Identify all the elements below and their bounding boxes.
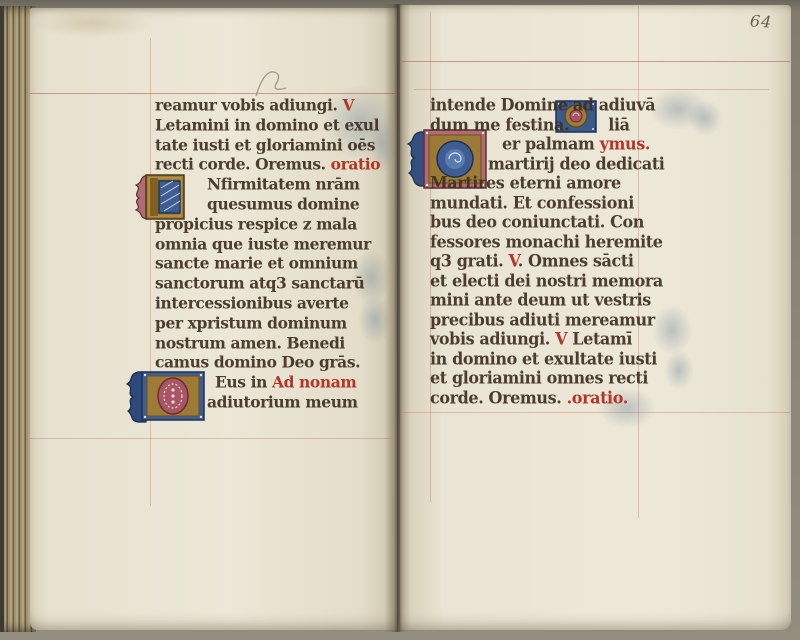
folio-number: 64 xyxy=(749,11,773,32)
body-text: Martires eterni amore xyxy=(430,173,621,193)
text-line: Nfirmitatem nrām xyxy=(155,174,360,195)
text-line: nostrum amen. Benedi xyxy=(155,333,345,354)
text-line: sancte marie et omnium xyxy=(155,253,358,274)
body-text: tate iusti et gloriamini oēs xyxy=(155,135,375,155)
body-text: Eus in xyxy=(215,372,272,392)
rubric-text: V xyxy=(343,95,355,115)
body-text: et gloriamini omnes recti xyxy=(430,368,648,388)
body-text: precibus adiuti mereamur xyxy=(430,310,655,330)
text-line: precibus adiuti mereamur xyxy=(430,310,655,331)
ruling-line-horizontal xyxy=(414,89,769,90)
text-line: mini ante deum ut vestris xyxy=(430,290,651,311)
body-text: corde. Oremus. xyxy=(430,388,567,408)
parchment-discoloration xyxy=(32,8,152,38)
body-text: recti corde. Oremus. xyxy=(155,154,331,174)
body-text: Nfirmitatem nrām xyxy=(207,174,360,194)
text-line: camus domino Deo grās. xyxy=(155,352,360,373)
text-line: fessores monachi heremite xyxy=(430,232,663,253)
body-text: . Omnes sācti xyxy=(518,251,634,271)
body-text: martirij deo dedicati xyxy=(488,154,664,174)
text-line: Letamini in domino et exul xyxy=(155,115,379,136)
rubric-text: ymus. xyxy=(600,134,650,154)
text-line: mundati. Et confessioni xyxy=(430,193,634,214)
rubric-text: V xyxy=(509,251,518,271)
body-text: propicius respice z mala xyxy=(155,214,357,234)
body-text: dum me festina. xyxy=(430,115,574,135)
text-line: sanctorum atq3 sanctarū xyxy=(155,273,364,294)
body-text: quesumus domine xyxy=(207,194,359,214)
ink-offset-stain xyxy=(688,100,722,136)
rubric-text: Ad nonam xyxy=(272,372,356,392)
body-text: sancte marie et omnium xyxy=(155,253,358,273)
text-line: er palmam ymus. xyxy=(430,134,650,155)
body-text: intercessionibus averte xyxy=(155,293,349,313)
text-line: recti corde. Oremus. oratio xyxy=(155,154,380,175)
text-line: et gloriamini omnes recti xyxy=(430,368,648,389)
text-line: dum me festina. liā xyxy=(430,115,630,136)
body-text: sanctorum atq3 sanctarū xyxy=(155,273,364,293)
body-text: Letamī xyxy=(567,329,632,349)
body-text: intende Domine ad adiuvā xyxy=(430,95,655,115)
text-line: intercessionibus averte xyxy=(155,293,349,314)
body-text: mundati. Et confessioni xyxy=(430,193,634,213)
text-line: Martires eterni amore xyxy=(430,173,621,194)
text-line: per xpristum dominum xyxy=(155,313,347,334)
body-text: camus domino Deo grās. xyxy=(155,352,360,372)
manuscript-photo: reamur vobis adiungi. VLetamini in domin… xyxy=(0,0,800,640)
body-text: mini ante deum ut vestris xyxy=(430,290,651,310)
body-text: liā xyxy=(608,115,629,135)
rubric-text: .oratio. xyxy=(567,388,628,408)
body-text: omnia que iuste meremur xyxy=(155,234,371,254)
body-text: q3 grati. xyxy=(430,251,509,271)
body-text: Letamini in domino et exul xyxy=(155,115,379,135)
body-text: bus deo coniunctati. Con xyxy=(430,212,644,232)
rubric-text: oratio xyxy=(331,154,381,174)
textblock-right: intende Domine ad adiuvādum me festina. … xyxy=(430,95,680,415)
text-line: in domino et exultate iusti xyxy=(430,349,657,370)
text-line: quesumus domine xyxy=(155,194,359,215)
body-text: vobis adiungi. xyxy=(430,329,555,349)
text-line: propicius respice z mala xyxy=(155,214,357,235)
text-line: corde. Oremus. .oratio. xyxy=(430,388,628,409)
text-line: Eus in Ad nonam xyxy=(155,372,356,393)
text-line: q3 grati. V. Omnes sācti xyxy=(430,251,634,272)
pencil-mark xyxy=(246,62,302,102)
text-line: adiutorium meum xyxy=(155,392,358,413)
body-text: per xpristum dominum xyxy=(155,313,347,333)
body-text: in domino et exultate iusti xyxy=(430,349,657,369)
body-text: et electi dei nostri memora xyxy=(430,271,663,291)
rubric-text: V xyxy=(555,329,567,349)
text-line: omnia que iuste meremur xyxy=(155,234,371,255)
ruling-line-vertical xyxy=(150,38,151,506)
body-text: fessores monachi heremite xyxy=(430,232,663,252)
ruling-line-horizontal xyxy=(402,61,790,62)
body-text: er palmam xyxy=(502,134,600,154)
body-text: adiutorium meum xyxy=(207,392,358,412)
body-text: nostrum amen. Benedi xyxy=(155,333,345,353)
text-line: intende Domine ad adiuvā xyxy=(430,95,655,116)
textblock-left: reamur vobis adiungi. VLetamini in domin… xyxy=(155,95,400,425)
text-line: et electi dei nostri memora xyxy=(430,271,663,292)
ruling-line-horizontal xyxy=(30,438,392,439)
text-line: vobis adiungi. V Letamī xyxy=(430,329,632,350)
text-line: tate iusti et gloriamini oēs xyxy=(155,135,375,156)
text-line: bus deo coniunctati. Con xyxy=(430,212,644,233)
text-line: martirij deo dedicati xyxy=(430,154,664,175)
